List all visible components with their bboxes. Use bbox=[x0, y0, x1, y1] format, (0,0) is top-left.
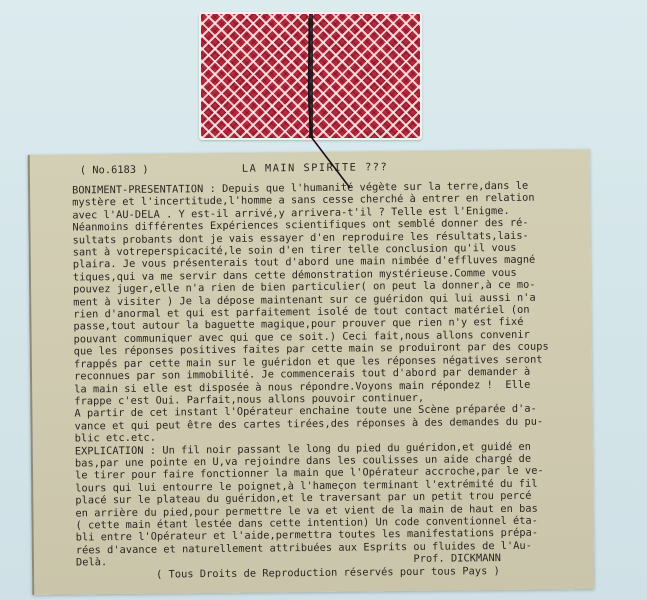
sheet-title: LA MAIN SPIRITE ??? bbox=[242, 161, 388, 175]
typewritten-sheet: ( No.6183 ) LA MAIN SPIRITE ??? BONIMENT… bbox=[28, 149, 595, 595]
sheet-text-block: ( No.6183 ) LA MAIN SPIRITE ??? BONIMENT… bbox=[72, 155, 586, 581]
catalog-number: ( No.6183 ) bbox=[80, 164, 149, 177]
playing-card-back bbox=[199, 12, 422, 140]
body-text: BONIMENT-PRESENTATION : Depuis que l'hum… bbox=[72, 179, 586, 557]
last-word: Delà. bbox=[76, 556, 107, 568]
card-fold-line bbox=[309, 14, 313, 138]
